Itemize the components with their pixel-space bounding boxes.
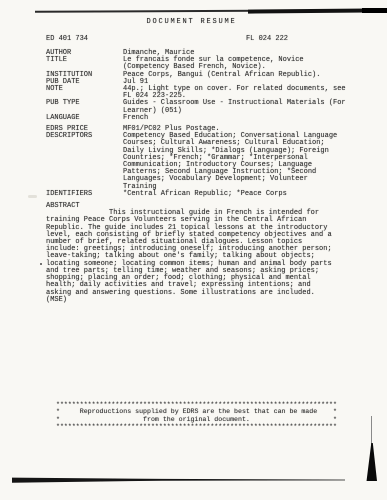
scan-artifact-right-line: [371, 416, 372, 445]
field-label: TITLE: [46, 57, 123, 71]
scan-artifact-top-corner: [362, 8, 387, 14]
field-row: INSTITUTION Peace Corps, Bangui (Central…: [46, 72, 361, 79]
field-list: AUTHOR Dimanche, Maurice TITLE Le franca…: [46, 50, 361, 198]
field-label: LANGUAGE: [46, 115, 123, 122]
field-value: *Central African Republic; *Peace Corps: [123, 191, 361, 198]
field-row: DESCRIPTORS Competency Based Education; …: [46, 133, 361, 191]
abstract-text: This instructional guide in French is in…: [46, 210, 361, 304]
field-value: Competency Based Education; Conversation…: [123, 133, 361, 191]
field-value: Guides - Classroom Use - Instructional M…: [123, 100, 361, 114]
field-value: Le francais fonde sur la competence, Nov…: [123, 57, 361, 71]
page-title: DOCUMENT RESUME: [0, 19, 383, 26]
field-label: PUB TYPE: [46, 100, 123, 114]
field-value: French: [123, 115, 361, 122]
scan-speck: [40, 263, 42, 265]
edrs-reproduction-notice: ****************************************…: [56, 401, 337, 430]
field-label: DESCRIPTORS: [46, 133, 123, 191]
field-value: Peace Corps, Bangui (Central African Rep…: [123, 72, 361, 79]
fl-number: FL 024 222: [246, 36, 288, 43]
resume-body: AUTHOR Dimanche, Maurice TITLE Le franca…: [46, 50, 361, 304]
abstract-section: ABSTRACT This instructional guide in Fre…: [46, 203, 361, 304]
scan-artifact-bottom-line: [12, 477, 345, 483]
scan-speck: [28, 195, 37, 198]
field-row: TITLE Le francais fonde sur la competenc…: [46, 57, 361, 71]
field-row: LANGUAGE French: [46, 115, 361, 122]
field-row: PUB TYPE Guides - Classroom Use - Instru…: [46, 100, 361, 114]
document-resume-page: DOCUMENT RESUME ED 401 734 FL 024 222 AU…: [0, 0, 387, 500]
ed-number: ED 401 734: [46, 36, 88, 43]
field-row: IDENTIFIERS *Central African Republic; *…: [46, 191, 361, 198]
document-numbers: ED 401 734 FL 024 222: [46, 36, 288, 43]
scan-artifact-right-wedge: [366, 443, 377, 481]
field-label: IDENTIFIERS: [46, 191, 123, 198]
